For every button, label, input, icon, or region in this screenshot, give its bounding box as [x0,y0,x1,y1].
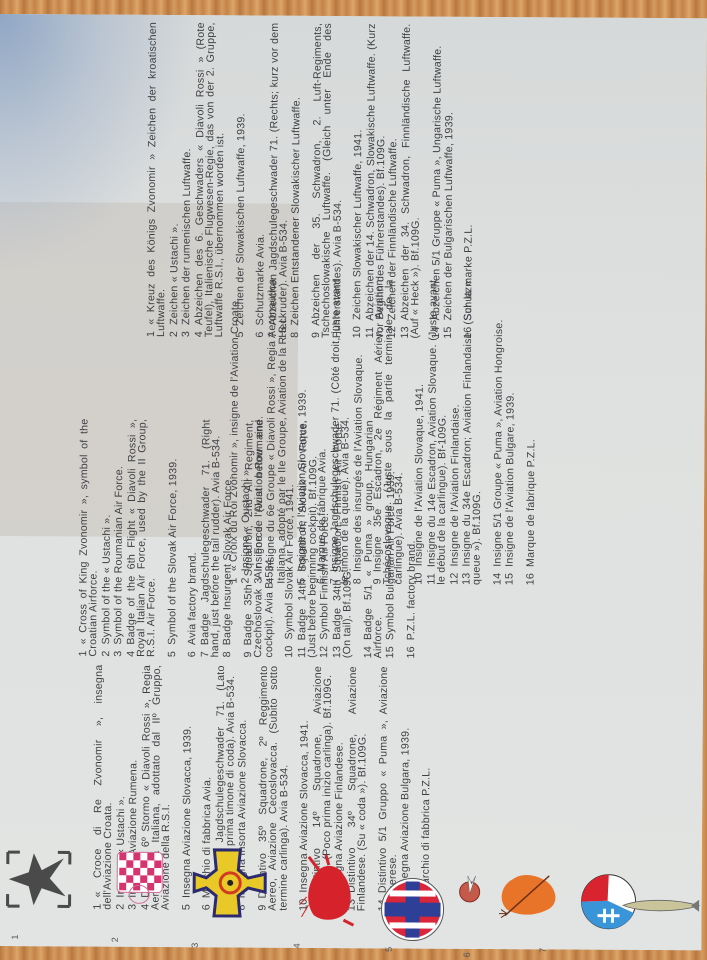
emblem-number: 7 [538,948,548,953]
caption-text: Insigne 5/1 Groupe « Puma », Aviation Ho… [491,319,505,566]
caption-entry: 16Marchio di fabbrica P.Z.L. [420,667,432,912]
caption-entry: 7Badge Jagdschulegeschwader 71. (Right h… [200,419,222,657]
caption-number: 3 [112,651,124,657]
caption-entry: 4Abzeichen des 6. Geschwaders « Diavoli … [194,22,227,337]
caption-number: 12 [448,572,460,584]
caption-entry: 16P.Z.L. factory brand. [406,420,418,658]
avia-brand-icon [463,869,493,914]
caption-entry: 9Badge 35th Squadron, 2nd Air Regiment, … [243,420,276,658]
caption-text: Marchio di fabbrica P.Z.L. [419,767,432,893]
croatian-cross-icon [9,844,67,919]
caption-number: 15 [384,646,396,658]
caption-entry: 14Badge 5/1 « Puma » group, Hungarian Ai… [363,420,385,658]
caption-number: 5 [180,904,192,910]
caption-number: 12 [318,646,330,658]
caption-entry: 12Insigne de l'Aviation Finlandaise. [449,280,461,585]
caption-text: Badge Jagdschulegeschwader 71. (Right ha… [199,419,223,657]
caption-entry: 15Insigne de l'Aviation Bulgare, 1939. [505,280,517,585]
caption-entry: 11Badge 14th Squadron, Slovak Air Force.… [297,420,319,658]
emblem-number: 1 [10,935,20,940]
caption-number: 3 [180,331,192,337]
caption-entry: 1« Croce di Re Zvonomir », insegna dell'… [93,665,115,910]
caption-text: Zeichen « Ustachi ». [168,223,181,325]
caption-number: 14 [491,573,503,585]
caption-entry: 2Symbol of the « Ustachi ». [101,419,113,657]
caption-text: « Croce di Re Zvonomir », insegna dell'A… [92,665,115,910]
caption-text: Insigne de l'Aviation Finlandaise. [448,404,461,566]
caption-text: Badge of the 6th Flight « Diavoli Rossi … [125,419,158,657]
english-captions: 1« Cross of King Zvonomir », symbol of t… [78,418,420,658]
caption-text: Insegna Aviazione Bulgara, 1939. [399,728,412,894]
caption-entry: 6Avia factory brand. [187,419,199,657]
caption-text: Avia factory brand. [186,552,199,645]
caption-entry: 14Distintivo 5/1 Gruppo « Puma », Aviazi… [377,666,399,911]
caption-text: Symbol Bulgarian Air Force, 1939. [385,471,398,640]
caption-text: « Cross of King Zvonomir », symbol of th… [77,418,100,656]
caption-text: Abzeichen des 6. Geschwaders « Diavoli R… [193,22,227,337]
caption-entry: 15Symbol Bulgarian Air Force, 1939. [385,420,397,658]
caption-number: 10 [283,645,295,657]
caption-entry: 13Badge 34th Squadron, Finnish Air Force… [332,420,354,658]
caption-number: 2 [100,650,112,656]
book-page: 1« Kreuz des Königs Zvonomir » Zeichen d… [0,14,707,950]
caption-text: « Kreuz des Königs Zvonomir » Zeichen de… [145,22,168,337]
caption-number: 16 [405,646,417,658]
fish-badge-icon [652,863,675,953]
emblem-number: 3 [190,943,200,948]
caption-entry: 1« Kreuz des Königs Zvonomir » Zeichen d… [146,22,169,337]
caption-entry: 10Symbol Slovak Air Force, 1941. [284,420,296,658]
emblem-number: 4 [292,943,302,948]
caption-text: Insigne du 34e Escadron; Aviation Finlan… [461,280,484,585]
caption-text: Badge 35th Squadron, 2nd Air Regiment, C… [242,419,275,657]
caption-text: P.Z.L. factory brand. [405,540,418,640]
caption-entry: 3Symbol of the Roumanian Air Force. [113,419,125,657]
caption-entry: 13Insigne du 34e Escadron; Aviation Finl… [461,280,484,585]
caption-entry: 8Badge Insurgent Slovak Air Force. [223,419,235,657]
caption-entry: 12Symbol Finnish Air Force. [319,420,331,658]
caption-entry: 11Insigne du 14e Escadron, Aviation Slov… [426,280,449,585]
caption-text: Insigne de l'Aviation Bulgare, 1939. [504,392,517,567]
caption-text: Symbol of the Roumanian Air Force. [112,466,125,645]
caption-text: Marque de fabrique P.Z.L. [524,439,537,567]
caption-text: Insigne du 14e Escadron, Aviation Slovaq… [425,280,448,585]
slovak-roundel-icon [379,876,445,947]
caption-text: Badge 14th Squadron, Slovak Air Force. (… [296,420,320,658]
ustachi-checkerboard-icon [115,855,165,905]
caption-entry: 15Insegna Aviazione Bulgara, 1939. [400,666,412,911]
caption-entry: 1« Cross of King Zvonomir », symbol of t… [78,418,100,656]
emblem-number: 5 [384,947,394,952]
caption-entry: 5Symbol of the Slovak Air Force, 1939. [167,419,179,657]
emblem-number: 6 [462,952,472,957]
caption-number: 8 [222,651,234,657]
caption-number: 6 [186,651,198,657]
caption-text: Symbol of the « Ustachi ». [100,514,113,644]
caption-entry: 14Insigne 5/1 Groupe « Puma », Aviation … [492,280,504,585]
caption-number: 5 [166,651,178,657]
caption-number: 2 [168,331,180,337]
caption-text: Symbol Finnish Air Force. [318,513,331,640]
emblem-number: 2 [110,937,120,942]
romanian-cross-icon [194,845,264,925]
caption-text: Badge Insurgent Slovak Air Force. [222,476,235,645]
red-devil-icon [294,864,364,921]
caption-text: Distintivo 5/1 Gruppo « Puma », Aviazion… [376,666,399,911]
caption-entry: 4Badge of the 6th Flight « Diavoli Rossi… [126,419,159,657]
caption-text: Badge 34th Squadron, Finnish Air Force. … [331,420,354,658]
caption-text: Symbol Slovak Air Force, 1941. [283,484,296,639]
caption-entry: 3Zeichen der rumenischen Luftwaffe. [181,22,193,337]
caption-number: 16 [524,573,536,585]
caption-text: Symbol of the Slovak Air Force, 1939. [166,458,179,645]
caption-number: 15 [504,573,516,585]
caption-text: Zeichen der rumenischen Luftwaffe. [180,148,193,325]
caption-entry: 2Zeichen « Ustachi ». [169,22,181,337]
jagdschule-devil-icon [504,862,554,932]
caption-entry: 16Marque de fabrique P.Z.L. [525,280,537,585]
caption-text: Badge 5/1 « Puma » group, Hungarian Airf… [362,420,385,658]
